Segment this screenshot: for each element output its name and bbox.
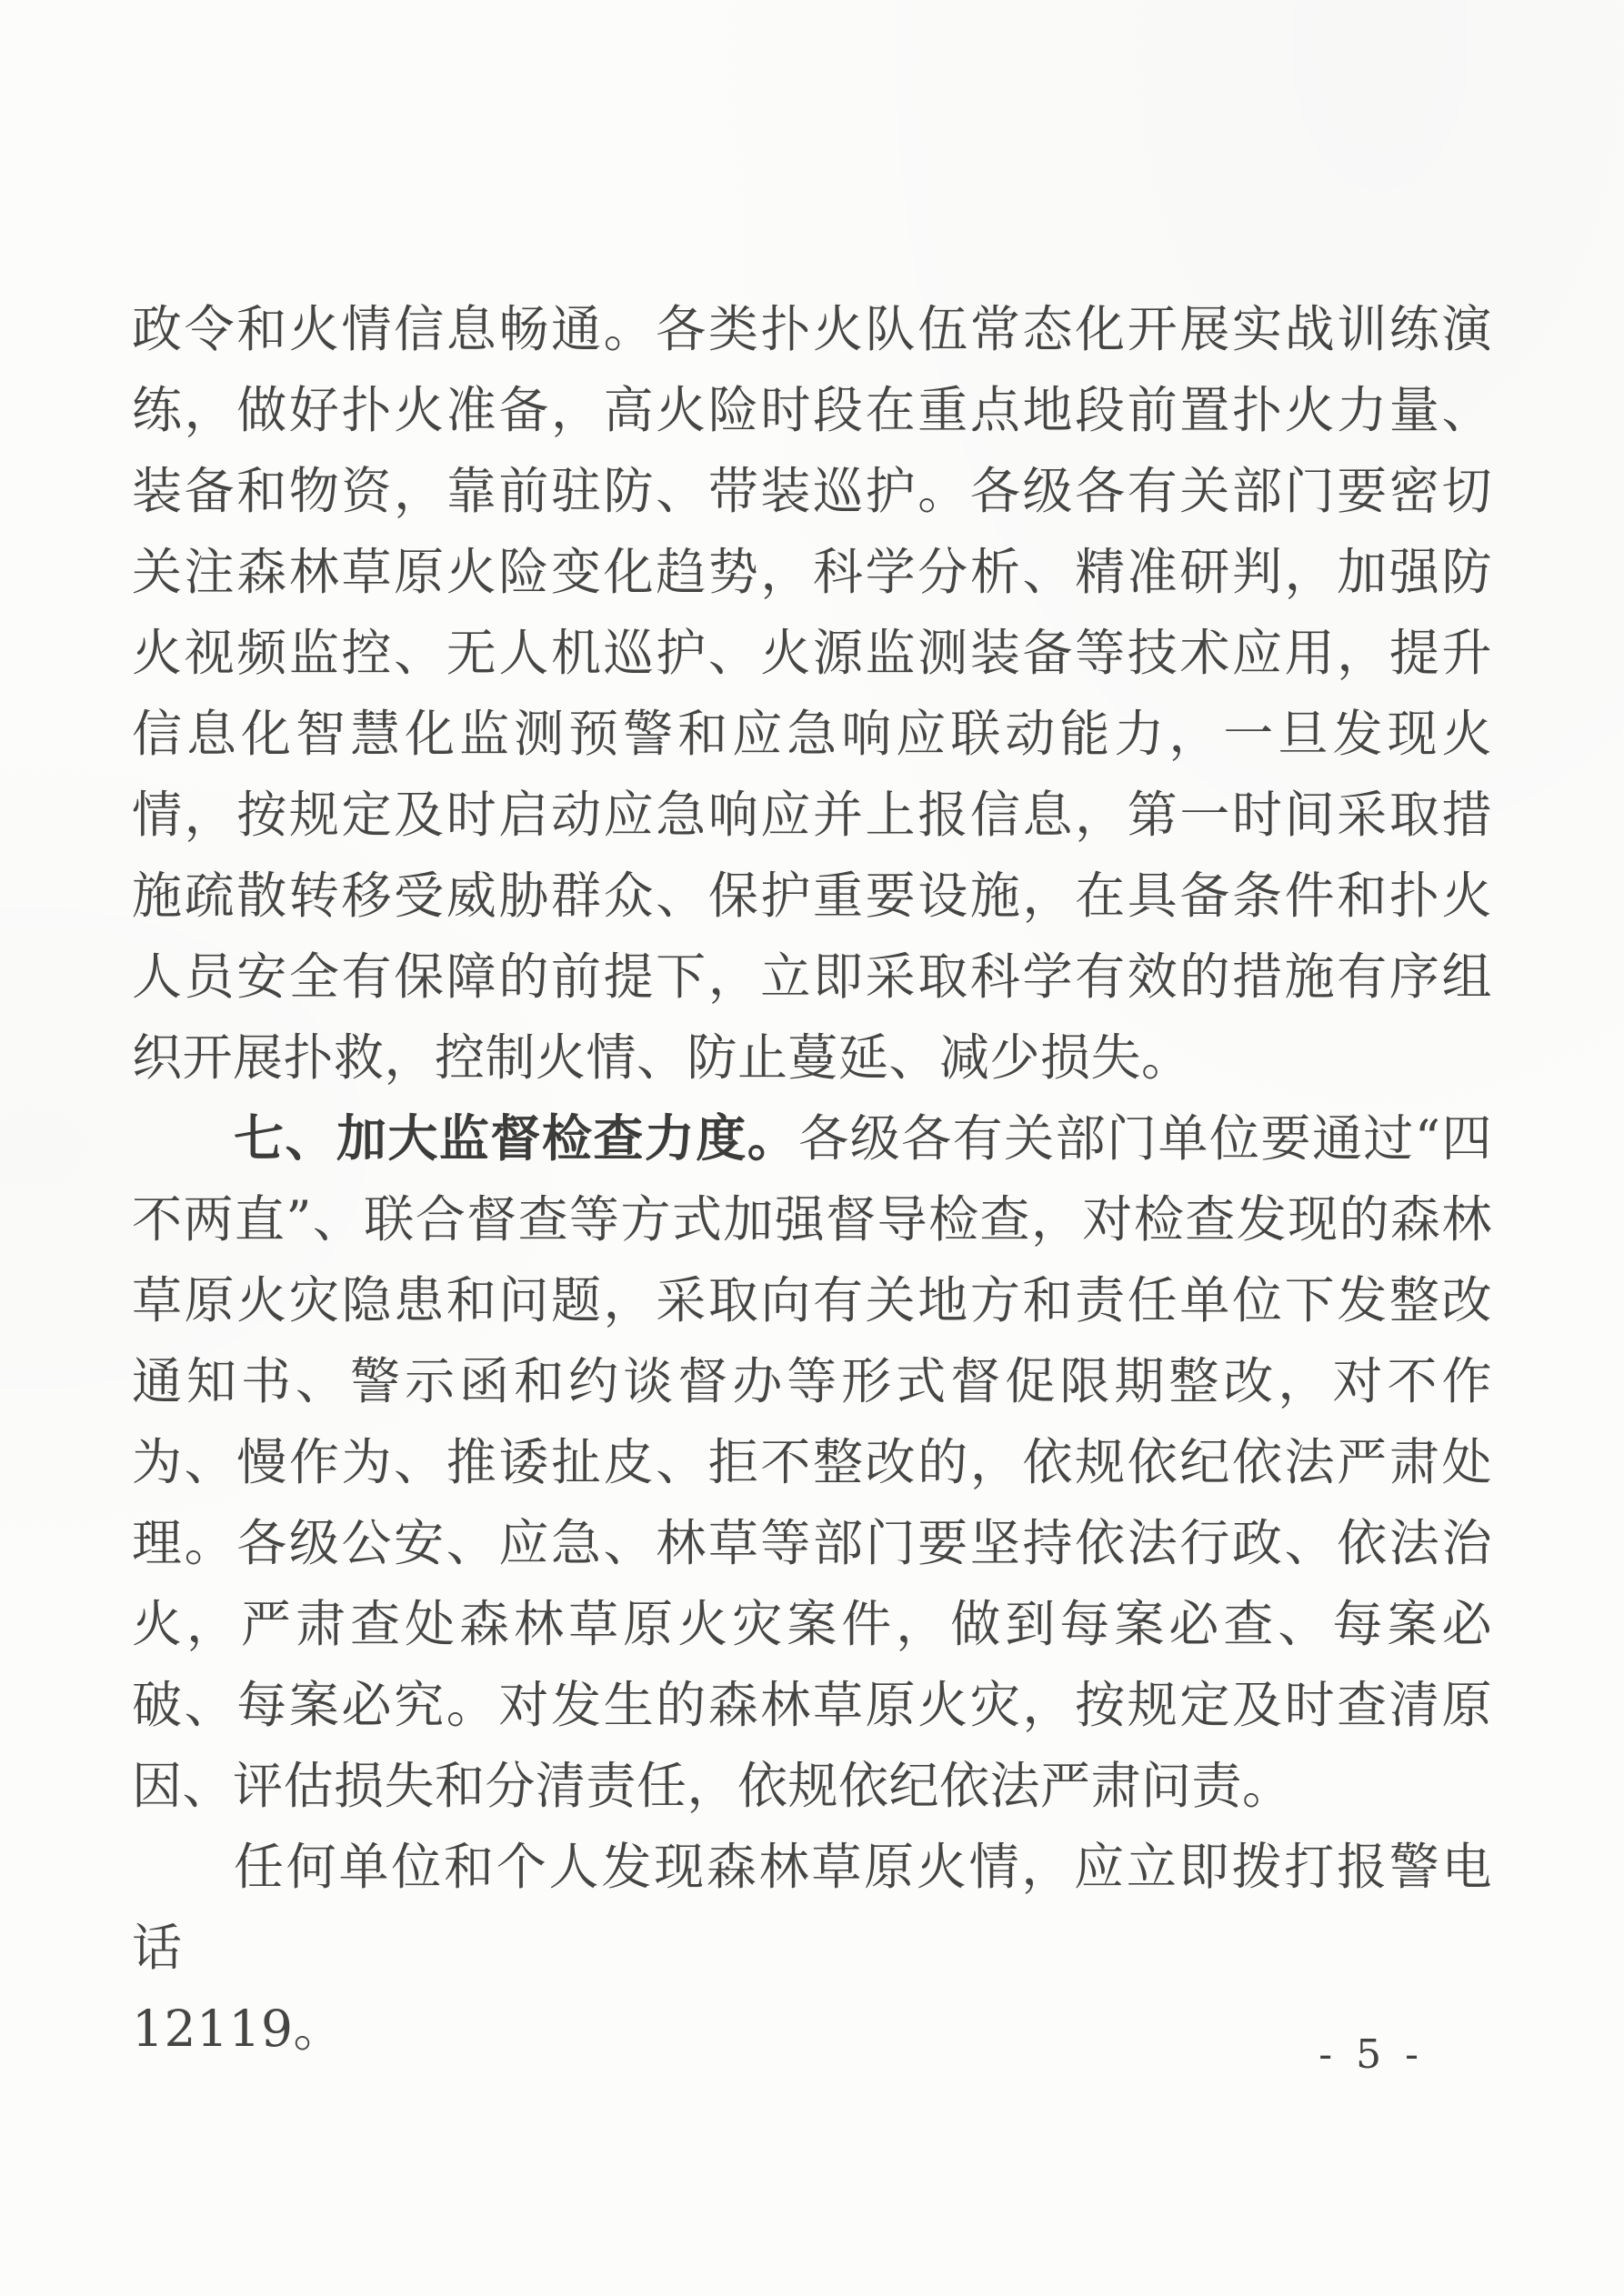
paragraph-text: 政令和火情信息畅通。各类扑火队伍常态化开展实战训练演练，做好扑火准备，高火险时段…: [132, 300, 1492, 1087]
section-heading: 七、加大监督检查力度。: [234, 1109, 798, 1168]
paragraph-continuation: 政令和火情信息畅通。各类扑火队伍常态化开展实战训练演练，做好扑火准备，高火险时段…: [132, 289, 1492, 1098]
document-body: 政令和火情信息畅通。各类扑火队伍常态化开展实战训练演练，做好扑火准备，高火险时段…: [132, 289, 1492, 2070]
document-page: 政令和火情信息畅通。各类扑火队伍常态化开展实战训练演练，做好扑火准备，高火险时段…: [0, 0, 1624, 2296]
paragraph-alarm-notice: 任何单位和个人发现森林草原火情，应立即拨打报警电话 12119。: [132, 1827, 1492, 2070]
paragraph-section-7: 七、加大监督检查力度。各级各有关部门单位要通过“四不两直”、联合督查等方式加强督…: [132, 1098, 1492, 1827]
page-number: - 5 -: [1318, 2031, 1424, 2078]
paragraph-text: 任何单位和个人发现森林草原火情，应立即拨打报警电话 12119。: [132, 1838, 1492, 2058]
paragraph-text: 各级各有关部门单位要通过“四不两直”、联合督查等方式加强督导检查，对检查发现的森…: [132, 1109, 1492, 1815]
